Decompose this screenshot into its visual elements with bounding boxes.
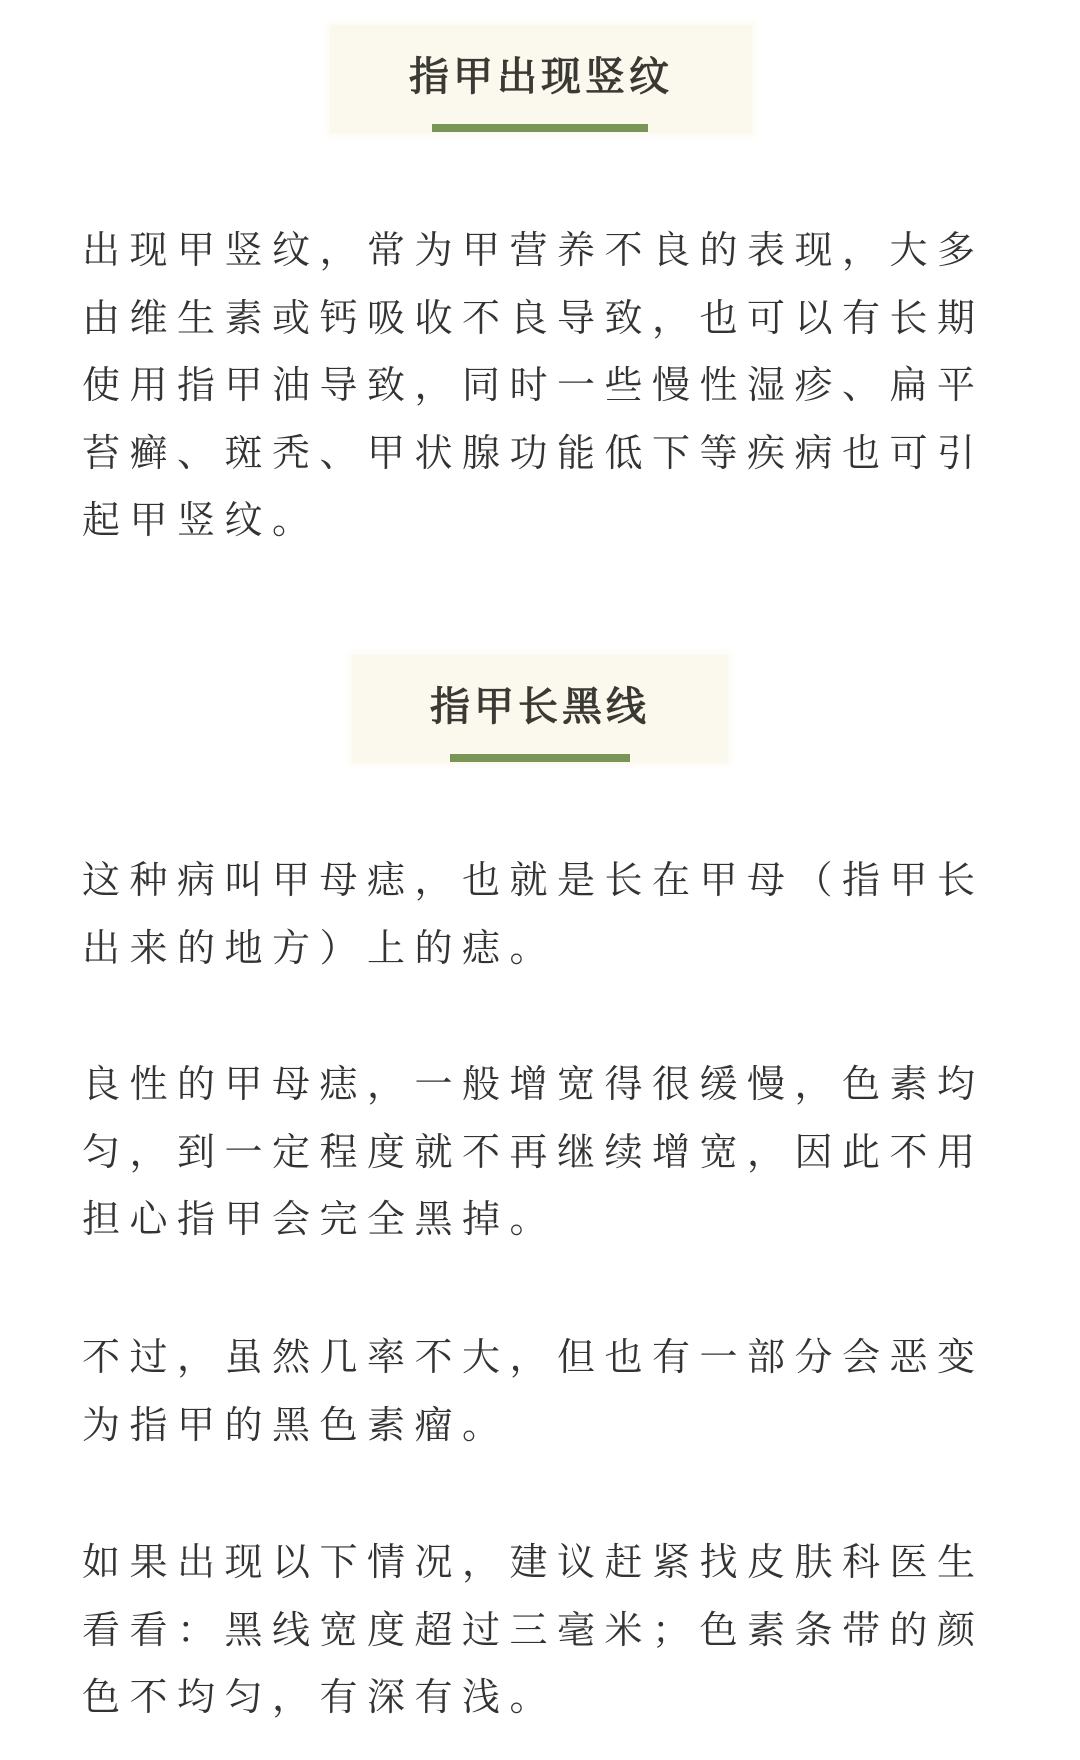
paragraph-warning-signs: 如果出现以下情况，建议赶紧找皮肤科医生看看：黑线宽度超过三毫米；色素条带的颜色不… — [82, 1529, 1002, 1732]
section-title-vertical-ridges: 指甲出现竖纹 — [330, 55, 752, 99]
paragraph-benign-nevus: 良性的甲母痣，一般增宽得很缓慢，色素均匀，到一定程度就不再继续增宽，因此不用担心… — [82, 1051, 1002, 1254]
heading-underline-bar — [450, 754, 630, 762]
paragraph-vertical-ridges-description: 出现甲竖纹，常为甲营养不良的表现，大多由维生素或钙吸收不良导致，也可以有长期使用… — [82, 217, 1002, 555]
section-heading-box-black-line: 指甲长黑线 — [352, 655, 728, 763]
section-title-black-line: 指甲长黑线 — [352, 685, 728, 729]
paragraph-nail-matrix-nevus: 这种病叫甲母痣，也就是长在甲母（指甲长出来的地方）上的痣。 — [82, 847, 1002, 982]
section-heading-box-vertical-ridges: 指甲出现竖纹 — [330, 25, 752, 133]
paragraph-malignant-risk: 不过，虽然几率不大，但也有一部分会恶变为指甲的黑色素瘤。 — [82, 1324, 1002, 1459]
heading-underline-bar — [432, 124, 648, 132]
